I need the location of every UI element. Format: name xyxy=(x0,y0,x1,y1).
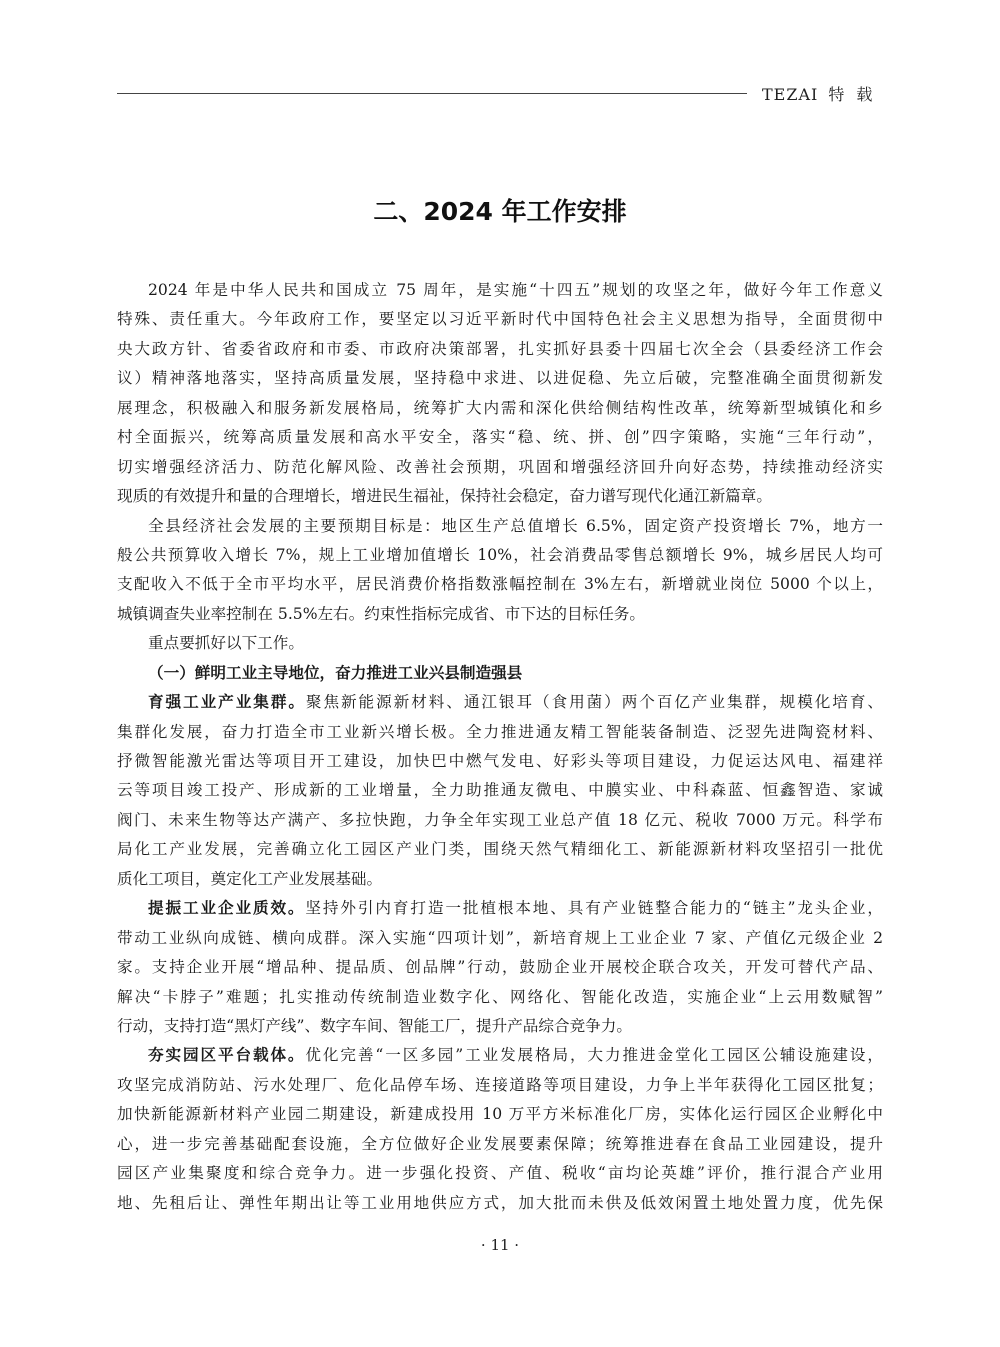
running-header: TEZAI特载 xyxy=(762,82,884,105)
paragraph-line: 支配收入不低于全市平均水平，居民消费价格指数涨幅控制在 3%左右，新增就业岗位 … xyxy=(117,570,883,599)
paragraph-line: 育强工业产业集群。聚焦新能源新材料、通江银耳（食用菌）两个百亿产业集群，规模化培… xyxy=(117,688,883,717)
paragraph-line: 切实增强经济活力、防范化解风险、改善社会预期，巩固和增强经济回升向好态势，持续推… xyxy=(117,453,883,482)
paragraph-lead: 夯实园区平台载体。 xyxy=(148,1046,305,1064)
paragraph-line: 议）精神落地落实，坚持高质量发展，坚持稳中求进、以进促稳、先立后破，完整准确全面… xyxy=(117,364,883,393)
paragraph-line: 园区产业集聚度和综合竞争力。进一步强化投资、产值、税收“亩均论英雄”评价，推行混… xyxy=(117,1159,883,1188)
paragraph-line: 特殊、责任重大。今年政府工作，要坚定以习近平新时代中国特色社会主义思想为指导，全… xyxy=(117,305,883,334)
paragraph-line: 家。支持企业开展“增品种、提品质、创品牌”行动，鼓励企业开展校企联合攻关，开发可… xyxy=(117,953,883,982)
paragraph-line: 带动工业纵向成链、横向成群。深入实施“四项计划”，新培育规上工业企业 7 家、产… xyxy=(117,924,883,953)
header-rule xyxy=(117,93,747,94)
paragraph-line: 夯实园区平台载体。优化完善“一区多园”工业发展格局，大力推进金堂化工园区公辅设施… xyxy=(117,1041,883,1070)
paragraph-line: 央大政方针、省委省政府和市委、市政府决策部署，扎实抓好县委十四届七次全会（县委经… xyxy=(117,335,883,364)
section-heading: （一）鲜明工业主导地位，奋力推进工业兴县制造强县 xyxy=(117,659,883,688)
paragraph-line: 攻坚完成消防站、污水处理厂、危化品停车场、连接道路等项目建设，力争上半年获得化工… xyxy=(117,1071,883,1100)
paragraph-line: 心，进一步完善基础配套设施，全方位做好企业发展要素保障；统筹推进春在食品工业园建… xyxy=(117,1130,883,1159)
paragraph-line: 加快新能源新材料产业园二期建设，新建成投用 10 万平方米标准化厂房，实体化运行… xyxy=(117,1100,883,1129)
paragraph-line: 村全面振兴，统筹高质量发展和高水平安全，落实“稳、统、拼、创”四字策略，实施“三… xyxy=(117,423,883,452)
paragraph-line: 全县经济社会发展的主要预期目标是：地区生产总值增长 6.5%，固定资产投资增长 … xyxy=(117,512,883,541)
page-number: · 11 · xyxy=(0,1236,1000,1254)
paragraph-line: 云等项目竣工投产、形成新的工业增量，全力助推通友微电、中膜实业、中科森蓝、恒鑫智… xyxy=(117,776,883,805)
section-latin: TEZAI xyxy=(762,85,818,104)
paragraph-line: 城镇调查失业率控制在 5.5%左右。约束性指标完成省、市下达的目标任务。 xyxy=(117,600,883,629)
body-text: 2024 年是中华人民共和国成立 75 周年，是实施“十四五”规划的攻坚之年，做… xyxy=(117,276,883,1218)
paragraph-lead: 提振工业企业质效。 xyxy=(148,899,305,917)
paragraph-line: 解决“卡脖子”难题；扎实推动传统制造业数字化、网络化、智能化改造，实施企业“上云… xyxy=(117,983,883,1012)
paragraph-line: 质化工项目，奠定化工产业发展基础。 xyxy=(117,865,883,894)
paragraph-line: 2024 年是中华人民共和国成立 75 周年，是实施“十四五”规划的攻坚之年，做… xyxy=(117,276,883,305)
paragraph-line: 阀门、未来生物等达产满产、多拉快跑，力争全年实现工业总产值 18 亿元、税收 7… xyxy=(117,806,883,835)
paragraph-line: 局化工产业发展，完善确立化工园区产业门类，围绕天然气精细化工、新能源新材料攻坚招… xyxy=(117,835,883,864)
paragraph-line: 地、先租后让、弹性年期出让等工业用地供应方式，加大批而未供及低效闲置土地处置力度… xyxy=(117,1189,883,1218)
paragraph-line: 抒微智能激光雷达等项目开工建设，加快巴中燃气发电、好彩头等项目建设，力促运达风电… xyxy=(117,747,883,776)
paragraph-line: 集群化发展，奋力打造全市工业新兴增长极。全力推进通友精工智能装备制造、泛翌先进陶… xyxy=(117,718,883,747)
paragraph-line: 现质的有效提升和量的合理增长，增进民生福祉，保持社会稳定，奋力谱写现代化通江新篇… xyxy=(117,482,883,511)
section-cn: 特载 xyxy=(828,85,884,104)
page-title: 二、2024 年工作安排 xyxy=(0,192,1000,228)
paragraph-line: 行动，支持打造“黑灯产线”、数字车间、智能工厂，提升产品综合竞争力。 xyxy=(117,1012,883,1041)
paragraph-line: 重点要抓好以下工作。 xyxy=(117,629,883,658)
paragraph-line: 般公共预算收入增长 7%，规上工业增加值增长 10%，社会消费品零售总额增长 9… xyxy=(117,541,883,570)
paragraph-lead: 育强工业产业集群。 xyxy=(148,693,306,711)
paragraph-line: 展理念，积极融入和服务新发展格局，统筹扩大内需和深化供给侧结构性改革，统筹新型城… xyxy=(117,394,883,423)
paragraph-line: 提振工业企业质效。坚持外引内育打造一批植根本地、具有产业链整合能力的“链主”龙头… xyxy=(117,894,883,923)
